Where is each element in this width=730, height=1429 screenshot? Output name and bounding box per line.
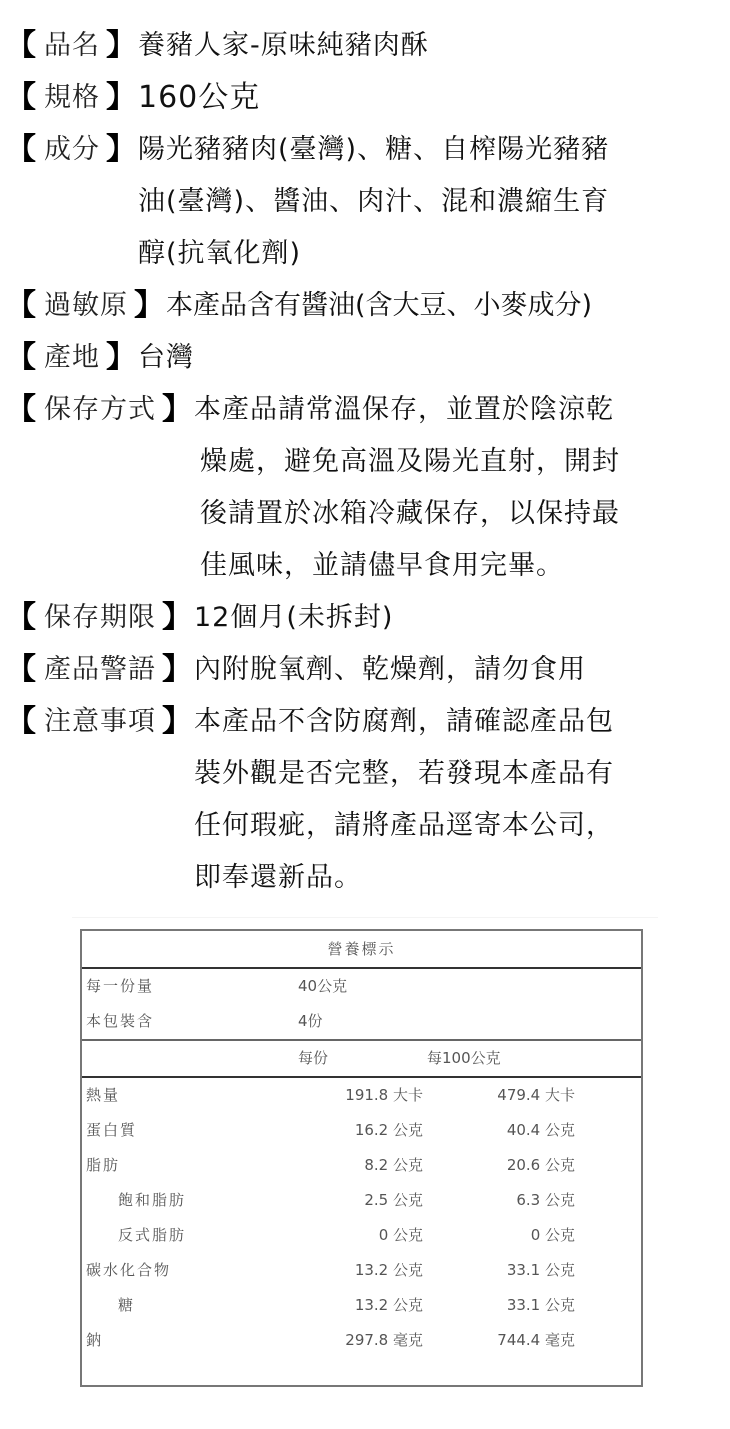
spec-value-line: 油(臺灣)、醬油、肉汁、混和濃縮生育 bbox=[138, 176, 730, 228]
servings-value: 4份 bbox=[298, 1004, 323, 1039]
spec-value-line: 本產品請常溫保存，並置於陰涼乾 bbox=[194, 384, 730, 436]
serving-size-value: 40公克 bbox=[298, 969, 347, 1004]
spec-value-line: 任何瑕疵，請將產品逕寄本公司， bbox=[194, 800, 730, 852]
spec-value-line: 台灣 bbox=[138, 332, 730, 384]
spec-label: 【 過敏原 】 bbox=[0, 280, 166, 332]
spec-label-text: 保存方式 bbox=[44, 384, 156, 436]
spec-value-line: 12個月(未拆封) bbox=[194, 592, 730, 644]
spec-value: 台灣 bbox=[138, 332, 730, 384]
column-header-row: 每份 每100公克 bbox=[82, 1041, 641, 1078]
servings-label: 本包裝含 bbox=[86, 1004, 154, 1039]
bracket-close: 】 bbox=[106, 332, 136, 384]
spec-row-size: 【 規格 】 160公克 bbox=[0, 72, 730, 124]
spec-label: 【 產地 】 bbox=[0, 332, 138, 384]
spec-label: 【 產品警語 】 bbox=[0, 644, 194, 696]
per-100g-value: 33.1 公克 bbox=[507, 1288, 575, 1323]
spec-row-ingredients: 【 成分 】 陽光豬豬肉(臺灣)、糖、自榨陽光豬豬 油(臺灣)、醬油、肉汁、混和… bbox=[0, 124, 730, 280]
bracket-close: 】 bbox=[162, 644, 192, 696]
spec-label: 【 注意事項 】 bbox=[0, 696, 194, 748]
serving-size-label: 每一份量 bbox=[86, 969, 154, 1004]
nutrient-name: 糖 bbox=[118, 1288, 135, 1323]
spec-row-warning: 【 產品警語 】 內附脫氧劑、乾燥劑，請勿食用 bbox=[0, 644, 730, 696]
bracket-open: 【 bbox=[6, 644, 36, 696]
per-serving-value: 297.8 毫克 bbox=[345, 1323, 423, 1358]
nutrient-name: 熱量 bbox=[86, 1078, 120, 1113]
nutrient-row-carbohydrate: 碳水化合物 13.2 公克 33.1 公克 bbox=[82, 1253, 641, 1288]
nutrient-row-saturated-fat: 飽和脂肪 2.5 公克 6.3 公克 bbox=[82, 1183, 641, 1218]
bracket-close: 】 bbox=[134, 280, 164, 332]
nutrient-name: 反式脂肪 bbox=[118, 1218, 186, 1253]
serving-size-row: 每一份量 40公克 bbox=[82, 969, 641, 1004]
per-100g-value: 40.4 公克 bbox=[507, 1113, 575, 1148]
spec-label-text: 注意事項 bbox=[44, 696, 156, 748]
bracket-open: 【 bbox=[6, 280, 36, 332]
spec-value-line: 內附脫氧劑、乾燥劑，請勿食用 bbox=[194, 644, 730, 696]
spec-value-line: 裝外觀是否完整，若發現本產品有 bbox=[194, 748, 730, 800]
spec-value-line: 養豬人家-原味純豬肉酥 bbox=[138, 20, 730, 72]
bracket-open: 【 bbox=[6, 72, 36, 124]
spec-value-line: 佳風味，並請儘早食用完畢。 bbox=[194, 540, 730, 592]
spec-value: 本產品不含防腐劑，請確認產品包 裝外觀是否完整，若發現本產品有 任何瑕疵，請將產… bbox=[194, 696, 730, 904]
nutrient-row-trans-fat: 反式脂肪 0 公克 0 公克 bbox=[82, 1218, 641, 1253]
bracket-close: 】 bbox=[162, 696, 192, 748]
per-serving-value: 8.2 公克 bbox=[364, 1148, 423, 1183]
spec-label-text: 規格 bbox=[44, 72, 100, 124]
spec-value: 12個月(未拆封) bbox=[194, 592, 730, 644]
spec-value-line: 燥處，避免高溫及陽光直射，開封 bbox=[194, 436, 730, 488]
per-100g-value: 479.4 大卡 bbox=[497, 1078, 575, 1113]
nutrient-row-energy: 熱量 191.8 大卡 479.4 大卡 bbox=[82, 1078, 641, 1113]
spec-label-text: 保存期限 bbox=[44, 592, 156, 644]
nutrient-name: 飽和脂肪 bbox=[118, 1183, 186, 1218]
per-serving-value: 13.2 公克 bbox=[355, 1288, 423, 1323]
spec-row-storage: 【 保存方式 】 本產品請常溫保存，並置於陰涼乾 燥處，避免高溫及陽光直射，開封… bbox=[0, 384, 730, 592]
col-per-100g: 每100公克 bbox=[427, 1041, 501, 1076]
spec-value-line: 醇(抗氧化劑) bbox=[138, 228, 730, 280]
spec-value-line: 陽光豬豬肉(臺灣)、糖、自榨陽光豬豬 bbox=[138, 124, 730, 176]
spec-row-allergens: 【 過敏原 】 本產品含有醬油(含大豆、小麥成分) bbox=[0, 280, 730, 332]
nutrient-name: 鈉 bbox=[86, 1323, 103, 1358]
nutrient-row-protein: 蛋白質 16.2 公克 40.4 公克 bbox=[82, 1113, 641, 1148]
spec-value-line: 160公克 bbox=[138, 72, 730, 124]
per-100g-value: 0 公克 bbox=[531, 1218, 575, 1253]
bracket-close: 】 bbox=[106, 124, 136, 176]
bracket-close: 】 bbox=[162, 592, 192, 644]
spec-value: 養豬人家-原味純豬肉酥 bbox=[138, 20, 730, 72]
spec-value: 陽光豬豬肉(臺灣)、糖、自榨陽光豬豬 油(臺灣)、醬油、肉汁、混和濃縮生育 醇(… bbox=[138, 124, 730, 280]
spec-label-text: 成分 bbox=[44, 124, 100, 176]
spec-row-notes: 【 注意事項 】 本產品不含防腐劑，請確認產品包 裝外觀是否完整，若發現本產品有… bbox=[0, 696, 730, 904]
bracket-open: 【 bbox=[6, 696, 36, 748]
spec-label-text: 產品警語 bbox=[44, 644, 156, 696]
per-serving-value: 13.2 公克 bbox=[355, 1253, 423, 1288]
spec-row-product-name: 【 品名 】 養豬人家-原味純豬肉酥 bbox=[0, 20, 730, 72]
spec-label: 【 保存期限 】 bbox=[0, 592, 194, 644]
spec-value: 本產品含有醬油(含大豆、小麥成分) bbox=[166, 280, 730, 332]
spec-row-origin: 【 產地 】 台灣 bbox=[0, 332, 730, 384]
nutrient-row-sugar: 糖 13.2 公克 33.1 公克 bbox=[82, 1288, 641, 1323]
spec-label-text: 產地 bbox=[44, 332, 100, 384]
nutrient-name: 蛋白質 bbox=[86, 1113, 137, 1148]
nutrition-title: 營養標示 bbox=[82, 931, 641, 969]
bracket-open: 【 bbox=[6, 20, 36, 72]
nutrition-facts-table: 營養標示 每一份量 40公克 本包裝含 4份 每份 每100公克 熱量 191.… bbox=[80, 929, 643, 1387]
per-100g-value: 33.1 公克 bbox=[507, 1253, 575, 1288]
nutrient-name: 碳水化合物 bbox=[86, 1253, 171, 1288]
nutrient-name: 脂肪 bbox=[86, 1148, 120, 1183]
bracket-close: 】 bbox=[106, 20, 136, 72]
spec-row-shelf-life: 【 保存期限 】 12個月(未拆封) bbox=[0, 592, 730, 644]
spec-value-line: 本產品含有醬油(含大豆、小麥成分) bbox=[166, 280, 730, 332]
spec-value: 160公克 bbox=[138, 72, 730, 124]
bracket-open: 【 bbox=[6, 592, 36, 644]
spec-value-line: 後請置於冰箱冷藏保存，以保持最 bbox=[194, 488, 730, 540]
separator bbox=[72, 917, 658, 918]
per-100g-value: 20.6 公克 bbox=[507, 1148, 575, 1183]
bracket-open: 【 bbox=[6, 332, 36, 384]
servings-per-package-row: 本包裝含 4份 bbox=[82, 1004, 641, 1041]
bracket-close: 】 bbox=[162, 384, 192, 436]
spec-value-line: 本產品不含防腐劑，請確認產品包 bbox=[194, 696, 730, 748]
spec-value-line: 即奉還新品。 bbox=[194, 852, 730, 904]
spec-label: 【 規格 】 bbox=[0, 72, 138, 124]
per-100g-value: 744.4 毫克 bbox=[497, 1323, 575, 1358]
per-serving-value: 191.8 大卡 bbox=[345, 1078, 423, 1113]
per-serving-value: 0 公克 bbox=[379, 1218, 423, 1253]
nutrient-row-fat: 脂肪 8.2 公克 20.6 公克 bbox=[82, 1148, 641, 1183]
spec-label: 【 保存方式 】 bbox=[0, 384, 194, 436]
nutrient-row-sodium: 鈉 297.8 毫克 744.4 毫克 bbox=[82, 1323, 641, 1358]
per-serving-value: 2.5 公克 bbox=[364, 1183, 423, 1218]
spec-value: 本產品請常溫保存，並置於陰涼乾 燥處，避免高溫及陽光直射，開封 後請置於冰箱冷藏… bbox=[194, 384, 730, 592]
bracket-open: 【 bbox=[6, 384, 36, 436]
spec-label-text: 品名 bbox=[44, 20, 100, 72]
product-spec-list: 【 品名 】 養豬人家-原味純豬肉酥 【 規格 】 160公克 【 成分 】 陽… bbox=[0, 20, 730, 904]
bracket-open: 【 bbox=[6, 124, 36, 176]
spec-value: 內附脫氧劑、乾燥劑，請勿食用 bbox=[194, 644, 730, 696]
spec-label: 【 成分 】 bbox=[0, 124, 138, 176]
per-serving-value: 16.2 公克 bbox=[355, 1113, 423, 1148]
per-100g-value: 6.3 公克 bbox=[516, 1183, 575, 1218]
spec-label: 【 品名 】 bbox=[0, 20, 138, 72]
bracket-close: 】 bbox=[106, 72, 136, 124]
spec-label-text: 過敏原 bbox=[44, 280, 128, 332]
col-per-serving: 每份 bbox=[298, 1041, 328, 1076]
